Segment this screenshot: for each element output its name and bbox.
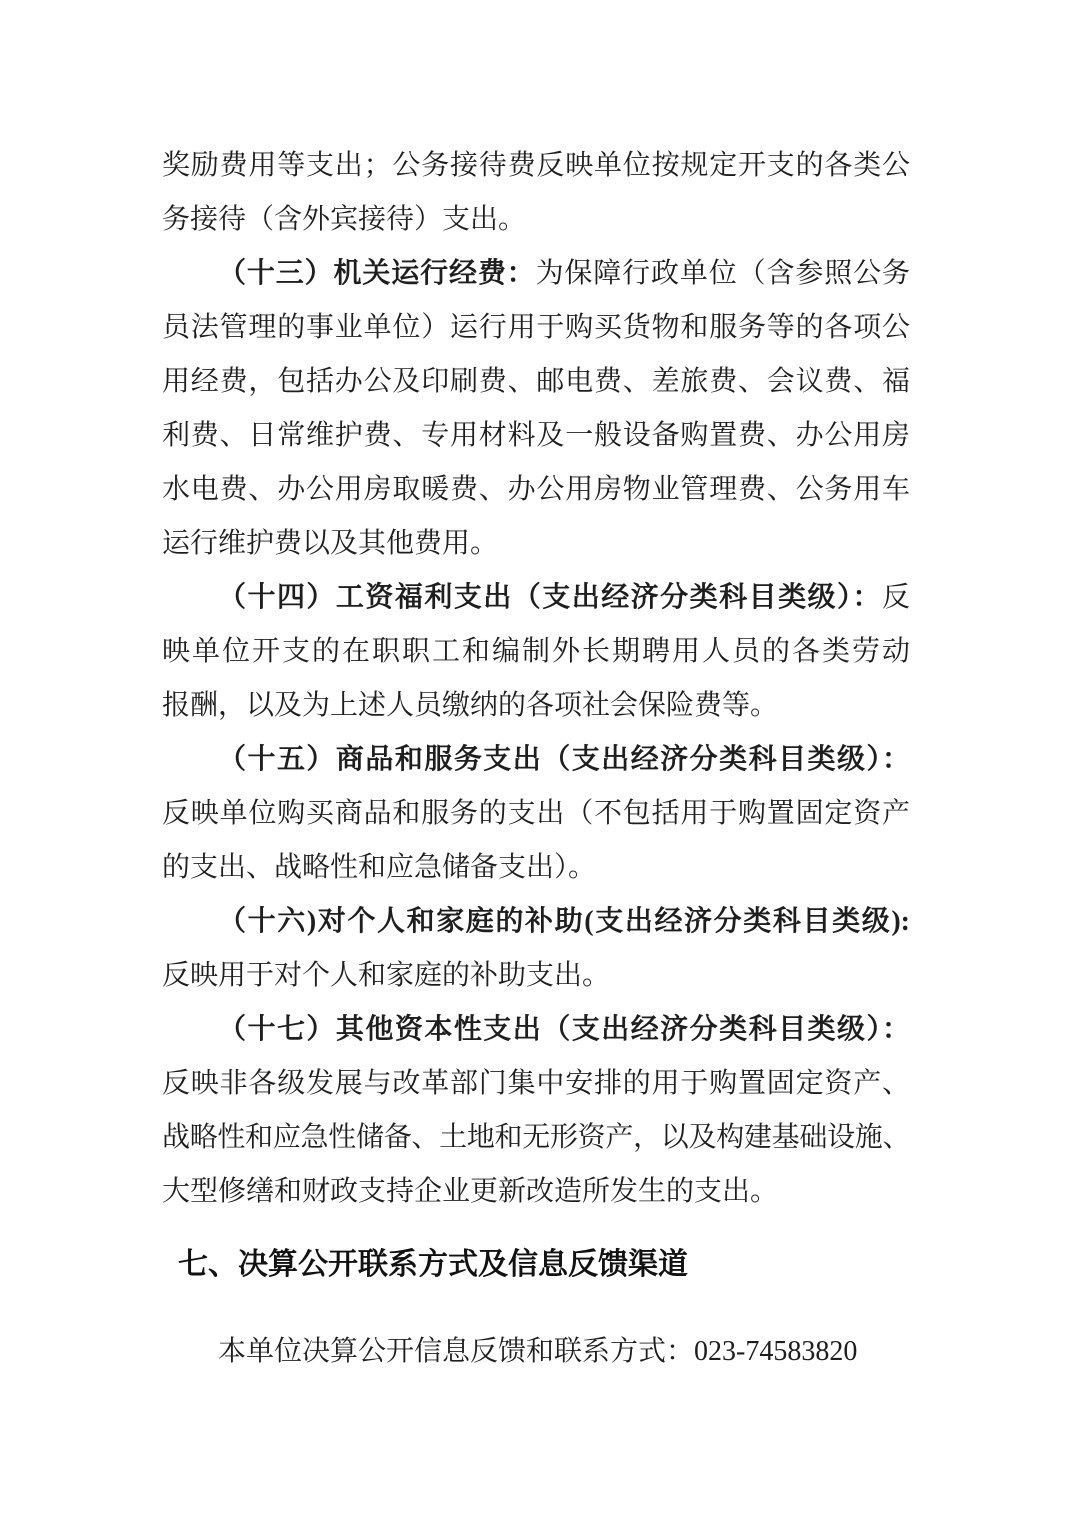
- bold-lead-text: （十五）商品和服务支出（支出经济分类科目类级）：: [218, 744, 910, 775]
- text-line: （十七）其他资本性支出（支出经济分类科目类级）：: [162, 1003, 910, 1057]
- text-line: 报酬，以及为上述人员缴纳的各项社会保险费等。: [162, 679, 910, 733]
- contact-phone-number: 023-74583820: [694, 1336, 857, 1367]
- contact-info-line: 本单位决算公开信息反馈和联系方式：023-74583820: [162, 1325, 910, 1379]
- text-line: 员法管理的事业单位）运行用于购买货物和服务等的各项公: [162, 301, 910, 355]
- text-line: 的支出、战略性和应急储备支出）。: [162, 841, 910, 895]
- text-line: 水电费、办公用房取暖费、办公用房物业管理费、公务用车: [162, 463, 910, 517]
- section-heading: 七、决算公开联系方式及信息反馈渠道: [162, 1235, 910, 1295]
- body-text: 奖励费用等支出；公务接待费反映单位按规定开支的各类公: [162, 150, 910, 181]
- body-text: 利费、日常维护费、专用材料及一般设备购置费、办公用房: [162, 420, 910, 451]
- text-line: （十四）工资福利支出（支出经济分类科目类级）：反: [162, 571, 910, 625]
- bold-lead-text: （十四）工资福利支出（支出经济分类科目类级）：: [218, 582, 882, 613]
- body-text: 用经费，包括办公及印刷费、邮电费、差旅费、会议费、福: [162, 366, 910, 397]
- text-line: 反映单位购买商品和服务的支出（不包括用于购置固定资产: [162, 787, 910, 841]
- text-line: 反映用于对个人和家庭的补助支出。: [162, 949, 910, 1003]
- body-text: 务接待（含外宾接待）支出。: [162, 204, 526, 235]
- body-text: 报酬，以及为上述人员缴纳的各项社会保险费等。: [162, 690, 778, 721]
- text-line: 大型修缮和财政支持企业更新改造所发生的支出。: [162, 1165, 910, 1219]
- text-line: 运行维护费以及其他费用。: [162, 517, 910, 571]
- body-text: 反映用于对个人和家庭的补助支出。: [162, 960, 610, 991]
- body-text: 反映非各级发展与改革部门集中安排的用于购置固定资产、: [162, 1068, 910, 1099]
- contact-label: 本单位决算公开信息反馈和联系方式：: [218, 1336, 694, 1367]
- body-text: 运行维护费以及其他费用。: [162, 528, 498, 559]
- text-line: 务接待（含外宾接待）支出。: [162, 193, 910, 247]
- text-line: 利费、日常维护费、专用材料及一般设备购置费、办公用房: [162, 409, 910, 463]
- body-text: 为保障行政单位（含参照公务: [536, 258, 910, 289]
- text-line: （十五）商品和服务支出（支出经济分类科目类级）：: [162, 733, 910, 787]
- text-line: （十三）机关运行经费：为保障行政单位（含参照公务: [162, 247, 910, 301]
- body-text: 员法管理的事业单位）运行用于购买货物和服务等的各项公: [162, 312, 910, 343]
- body-text: 的支出、战略性和应急储备支出）。: [162, 852, 596, 883]
- body-text: 映单位开支的在职职工和编制外长期聘用人员的各类劳动: [162, 636, 910, 667]
- text-line: 战略性和应急性储备、土地和无形资产，以及构建基础设施、: [162, 1111, 910, 1165]
- body-text: 水电费、办公用房取暖费、办公用房物业管理费、公务用车: [162, 474, 910, 505]
- document-page: 奖励费用等支出；公务接待费反映单位按规定开支的各类公 务接待（含外宾接待）支出。…: [0, 0, 1075, 1520]
- body-text: 战略性和应急性储备、土地和无形资产，以及构建基础设施、: [162, 1122, 910, 1153]
- bold-lead-text: （十六)对个人和家庭的补助(支出经济分类科目类级):: [218, 906, 910, 937]
- document-body: 奖励费用等支出；公务接待费反映单位按规定开支的各类公 务接待（含外宾接待）支出。…: [162, 139, 910, 1379]
- body-text: 反: [882, 582, 910, 613]
- text-line: 奖励费用等支出；公务接待费反映单位按规定开支的各类公: [162, 139, 910, 193]
- text-line: 用经费，包括办公及印刷费、邮电费、差旅费、会议费、福: [162, 355, 910, 409]
- text-line: 反映非各级发展与改革部门集中安排的用于购置固定资产、: [162, 1057, 910, 1111]
- text-line: 映单位开支的在职职工和编制外长期聘用人员的各类劳动: [162, 625, 910, 679]
- body-text: 大型修缮和财政支持企业更新改造所发生的支出。: [162, 1176, 778, 1207]
- body-text: 反映单位购买商品和服务的支出（不包括用于购置固定资产: [162, 798, 910, 829]
- text-line: （十六)对个人和家庭的补助(支出经济分类科目类级):: [162, 895, 910, 949]
- bold-lead-text: （十七）其他资本性支出（支出经济分类科目类级）：: [218, 1014, 910, 1045]
- bold-lead-text: （十三）机关运行经费：: [218, 258, 536, 289]
